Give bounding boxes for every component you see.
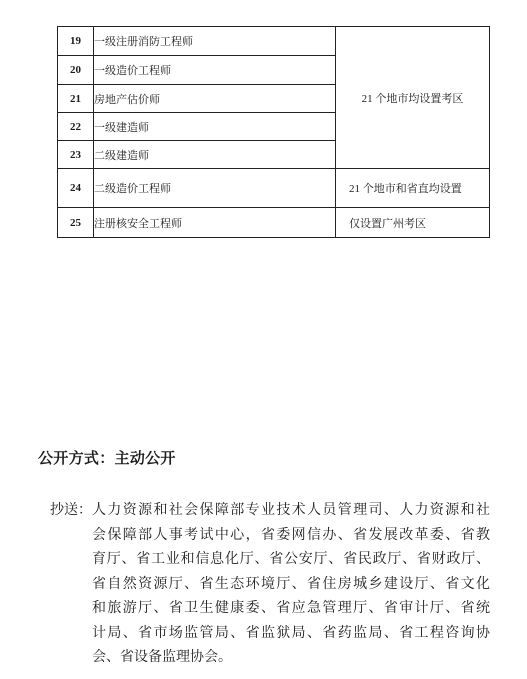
publication-method-label: 公开方式： [38,450,115,467]
row-number-cell: 23 [58,141,94,169]
cc-line: 会、省设备监理协会。 [92,646,490,671]
exam-zones-table: 19 一级注册消防工程师 21 个地市均设置考区 20 一级造价工程师 21 房… [57,26,490,238]
row-number-cell: 22 [58,113,94,141]
qualification-name-cell: 一级建造师 [94,113,336,141]
row-number-cell: 19 [58,27,94,56]
cc-recipients: 人力资源和社会保障部专业技术人员管理司、人力资源和社 会保障部人事考试中心，省委… [92,499,490,671]
region-cell: 21 个地市和省直均设置 [336,169,490,208]
cc-line: 省自然资源厅、省生态环境厅、省住房城乡建设厅、省文化 [92,573,490,598]
cc-line: 人力资源和社会保障部专业技术人员管理司、人力资源和社 [92,499,490,524]
merged-region-cell: 21 个地市均设置考区 [336,27,490,169]
cc-line: 育厅、省工业和信息化厅、省公安厅、省民政厅、省财政厅、 [92,548,490,573]
table-row: 19 一级注册消防工程师 21 个地市均设置考区 [58,27,490,56]
qualification-name-cell: 一级造价工程师 [94,56,336,85]
row-number-cell: 21 [58,85,94,113]
document-page: 19 一级注册消防工程师 21 个地市均设置考区 20 一级造价工程师 21 房… [0,0,527,679]
table-row: 24 二级造价工程师 21 个地市和省直均设置 [58,169,490,208]
qualification-name-cell: 注册核安全工程师 [94,208,336,238]
qualification-name-cell: 二级建造师 [94,141,336,169]
publication-method-line: 公开方式：主动公开 [38,447,176,468]
row-number-cell: 25 [58,208,94,238]
cc-line: 和旅游厅、省卫生健康委、省应急管理厅、省审计厅、省统 [92,597,490,622]
region-cell: 仅设置广州考区 [336,208,490,238]
qualification-name-cell: 一级注册消防工程师 [94,27,336,56]
cc-line: 会保障部人事考试中心，省委网信办、省发展改革委、省教 [92,524,490,549]
table-row: 25 注册核安全工程师 仅设置广州考区 [58,208,490,238]
publication-method-value: 主动公开 [115,450,176,467]
cc-line: 计局、省市场监管局、省监狱局、省药监局、省工程咨询协 [92,622,490,647]
row-number-cell: 24 [58,169,94,208]
cc-block: 抄送： 人力资源和社会保障部专业技术人员管理司、人力资源和社 会保障部人事考试中… [50,499,490,671]
qualification-name-cell: 二级造价工程师 [94,169,336,208]
qualification-name-cell: 房地产估价师 [94,85,336,113]
row-number-cell: 20 [58,56,94,85]
cc-label: 抄送： [50,499,92,671]
